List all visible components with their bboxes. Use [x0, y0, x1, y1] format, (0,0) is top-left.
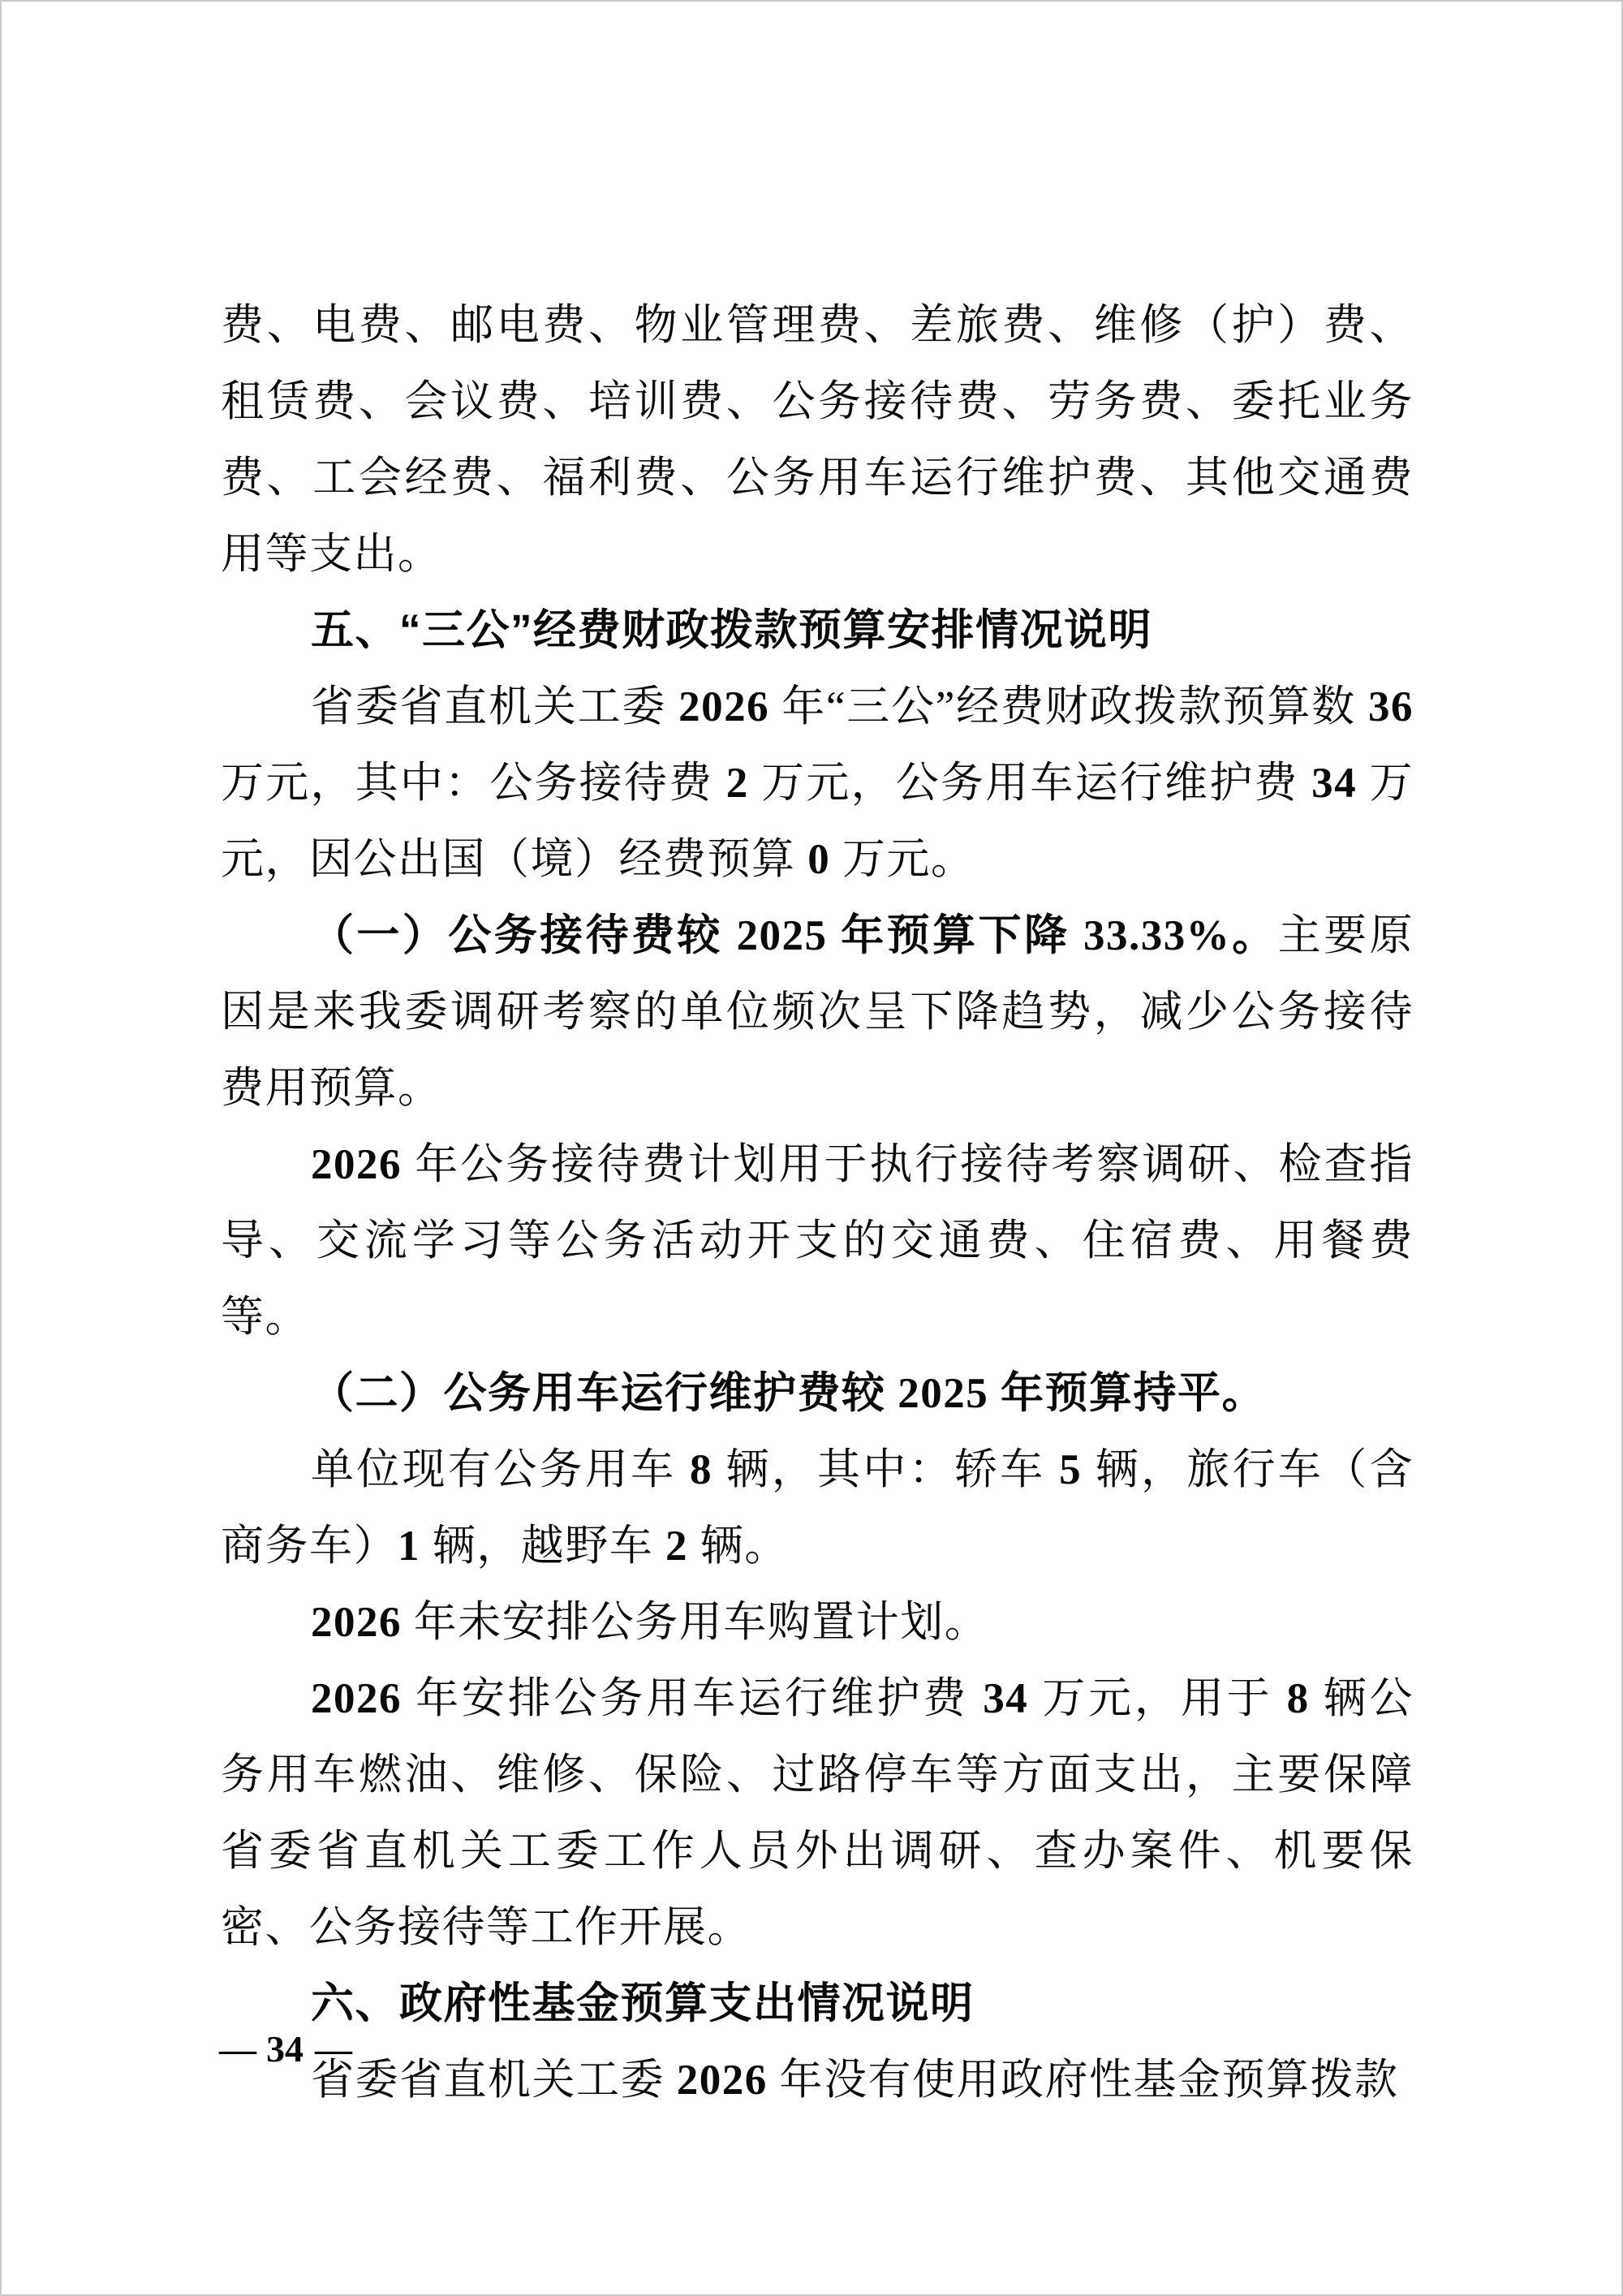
text-run: 年未安排公务用车购置计划。	[402, 1599, 988, 1646]
footer-dash-right: —	[315, 2028, 351, 2070]
text-run: 辆。	[688, 1523, 789, 1570]
text-run: 5	[1059, 1446, 1082, 1493]
text-run: 2026	[677, 2057, 768, 2104]
text-run: 2026	[311, 1141, 402, 1188]
heading-section-five: 五、“三公”经费财政拨款预算安排情况说明	[221, 592, 1414, 669]
para-vehicle-fleet: 单位现有公务用车 8 辆，其中：轿车 5 辆，旅行车（含商务车）1 辆，越野车 …	[221, 1432, 1414, 1584]
text-run: 2	[726, 760, 749, 807]
para-vehicle-maintenance-use: 2026 年安排公务用车运行维护费 34 万元，用于 8 辆公务用车燃油、维修、…	[221, 1661, 1414, 1966]
text-run: 1	[398, 1523, 420, 1570]
text-run: 辆，其中：轿车	[712, 1446, 1059, 1493]
text-run: 省委省直机关工委	[311, 2057, 677, 2104]
text-run: 万元，用于	[1028, 1675, 1286, 1722]
text-run: （一）公务接待费较	[311, 912, 737, 959]
text-run: 费、电费、邮电费、物业管理费、差旅费、维修（护）费、租赁费、会议费、培训费、公务…	[221, 302, 1414, 578]
text-run: （二）公务用车运行维护费较	[311, 1370, 898, 1417]
text-run: 33.33%	[1083, 912, 1230, 959]
text-run: 2026	[678, 683, 769, 730]
text-run: 8	[1287, 1675, 1310, 1722]
text-run: 省委省直机关工委	[311, 683, 678, 730]
text-run: 。	[1230, 912, 1277, 959]
text-run: 万元。	[830, 836, 975, 883]
text-run: 34	[983, 1675, 1028, 1722]
para-sangong-budget-total: 省委省直机关工委 2026 年“三公”经费财政拨款预算数 36 万元，其中：公务…	[221, 669, 1414, 898]
text-run: 万元，公务用车运行维护费	[749, 760, 1311, 807]
subheading-vehicle-flat: （二）公务用车运行维护费较 2025 年预算持平。	[221, 1355, 1414, 1432]
text-run: 2	[665, 1523, 688, 1570]
text-run: 年预算持平。	[988, 1370, 1266, 1417]
text-run: 万元，其中：公务接待费	[221, 760, 726, 807]
text-run: 2026	[311, 1675, 402, 1722]
text-run: 0	[807, 836, 830, 883]
para-reception-decrease: （一）公务接待费较 2025 年预算下降 33.33%。主要原因是来我委调研考察…	[221, 898, 1414, 1126]
text-run: 2026	[311, 1599, 402, 1646]
text-run: 五、“三公”经费财政拨款预算安排情况说明	[311, 606, 1152, 654]
text-run: 2025	[737, 912, 828, 959]
text-run: 36	[1368, 683, 1414, 730]
document-body: 费、电费、邮电费、物业管理费、差旅费、维修（护）费、租赁费、会议费、培训费、公务…	[221, 287, 1414, 2118]
text-run: 六、政府性基金预算支出情况说明	[311, 1979, 975, 2027]
document-page: 费、电费、邮电费、物业管理费、差旅费、维修（护）费、租赁费、会议费、培训费、公务…	[0, 0, 1623, 2296]
para-government-fund: 省委省直机关工委 2026 年没有使用政府性基金预算拨款	[221, 2042, 1414, 2118]
text-run: 年安排公务用车运行维护费	[402, 1675, 983, 1722]
text-run: 辆，越野车	[420, 1523, 665, 1570]
para-reception-usage: 2026 年公务接待费计划用于执行接待考察调研、检查指导、交流学习等公务活动开支…	[221, 1126, 1414, 1355]
text-run: 单位现有公务用车	[311, 1446, 690, 1493]
page-footer: —34—	[219, 2027, 351, 2070]
para-carryover-expense-items: 费、电费、邮电费、物业管理费、差旅费、维修（护）费、租赁费、会议费、培训费、公务…	[221, 287, 1414, 592]
para-no-vehicle-purchase: 2026 年未安排公务用车购置计划。	[221, 1584, 1414, 1661]
text-run: 年“三公”经费财政拨款预算数	[769, 683, 1368, 730]
text-run: 2025	[898, 1370, 988, 1417]
text-run: 年预算下降	[828, 912, 1084, 959]
page-number: 34	[266, 2028, 304, 2070]
footer-dash-left: —	[219, 2028, 255, 2070]
text-run: 8	[690, 1446, 712, 1493]
text-run: 34	[1311, 760, 1357, 807]
heading-section-six: 六、政府性基金预算支出情况说明	[221, 1966, 1414, 2042]
text-run: 年没有使用政府性基金预算拨款	[768, 2057, 1399, 2104]
